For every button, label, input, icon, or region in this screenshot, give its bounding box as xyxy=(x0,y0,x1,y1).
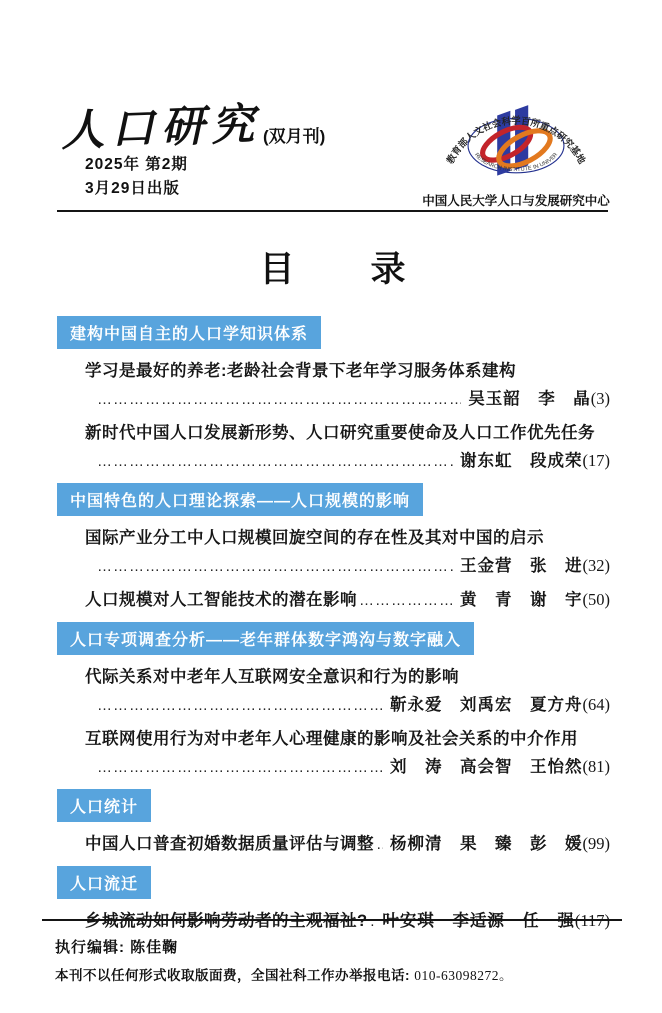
article-byline: 靳永爱 刘禹宏 夏方舟(64) xyxy=(390,693,610,717)
journal-title-block: 人口研究(双月刊) xyxy=(61,94,325,155)
article-byline: 王金营 张 进(32) xyxy=(460,554,610,578)
article-entry: 国际产业分工中人口规模回旋空间的存在性及其对中国的启示 ………………………………… xyxy=(85,526,610,579)
article-entry: 人口规模对人工智能技术的潜在影响 ……………………………………………………………… xyxy=(85,588,610,613)
issue-number: 2025年 第2期 xyxy=(85,153,188,177)
publish-date: 3月29日出版 xyxy=(85,177,188,201)
article-entry: 学习是最好的养老:老龄社会背景下老年学习服务体系建构 …………………………………… xyxy=(85,359,610,412)
article-byline-row: …………………………………………………………………………………………………………… xyxy=(95,693,610,718)
journal-toc-page: 人口研究(双月刊) 2025年 第2期 3月29日出版 xyxy=(0,0,662,1013)
header-divider xyxy=(57,210,608,212)
article-byline: 吴玉韶 李 晶(3) xyxy=(468,387,610,411)
article-title: 代际关系对中老年人互联网安全意识和行为的影响 xyxy=(85,665,610,689)
article-title: 学习是最好的养老:老龄社会背景下老年学习服务体系建构 xyxy=(85,359,610,383)
section-header-row: 人口专项调查分析——老年群体数字鸿沟与数字融入 xyxy=(57,622,610,655)
article-title: 中国人口普查初婚数据质量评估与调整 xyxy=(85,832,374,856)
page-footer: 执行编辑: 陈佳鞠 本刊不以任何形式收取版面费，全国社科工作办举报电话: 010… xyxy=(42,919,622,984)
report-phone-number: 010-63098272。 xyxy=(414,968,513,983)
article-entry: 新时代中国人口发展新形势、人口研究重要使命及人口工作优先任务 ………………………… xyxy=(85,421,610,474)
toc-section-3: 人口专项调查分析——老年群体数字鸿沟与数字融入 代际关系对中老年人互联网安全意识… xyxy=(57,622,610,780)
article-byline-row: …………………………………………………………………………………………………………… xyxy=(95,387,610,412)
article-title: 新时代中国人口发展新形势、人口研究重要使命及人口工作优先任务 xyxy=(85,421,610,445)
issue-info: 2025年 第2期 3月29日出版 xyxy=(85,153,188,201)
article-authors: 刘 涛 高会智 王怡然 xyxy=(390,758,583,776)
article-title: 国际产业分工中人口规模回旋空间的存在性及其对中国的启示 xyxy=(85,526,610,550)
masthead: 人口研究(双月刊) 2025年 第2期 3月29日出版 xyxy=(57,0,610,211)
toc-section-1: 建构中国自主的人口学知识体系 学习是最好的养老:老龄社会背景下老年学习服务体系建… xyxy=(57,316,610,474)
article-authors: 吴玉韶 李 晶 xyxy=(468,390,591,408)
article-page-number: (17) xyxy=(583,451,611,470)
article-authors: 王金营 张 进 xyxy=(460,557,583,575)
article-byline-row: …………………………………………………………………………………………………………… xyxy=(95,755,610,780)
institute-block: 教育部人文社会科学百所重点研究基地 KEY RESEARCH INSTITUTE… xyxy=(416,92,616,209)
article-authors: 黄 青 谢 宇 xyxy=(460,591,583,609)
journal-title-calligraphy: 人口研究 xyxy=(60,91,262,159)
article-page-number: (99) xyxy=(583,834,611,853)
dot-leader: …………………………………………………………………………………………………………… xyxy=(97,555,453,579)
section-header-row: 人口统计 xyxy=(57,789,610,822)
section-header-row: 中国特色的人口理论探索——人口规模的影响 xyxy=(57,483,610,516)
article-byline: 杨柳清 果 臻 彭 媛(99) xyxy=(390,832,610,856)
article-page-number: (81) xyxy=(583,757,611,776)
article-byline: 刘 涛 高会智 王怡然(81) xyxy=(390,755,610,779)
article-byline: 谢东虹 段成荣(17) xyxy=(460,449,610,473)
fee-notice-line: 本刊不以任何形式收取版面费，全国社科工作办举报电话: 010-63098272。 xyxy=(55,964,622,984)
dot-leader: …………………………………………………………………………………………………………… xyxy=(97,694,383,718)
article-page-number: (50) xyxy=(583,590,611,609)
article-title: 人口规模对人工智能技术的潜在影响 xyxy=(85,588,357,612)
article-entry: 互联网使用行为对中老年人心理健康的影响及社会关系的中介作用 …………………………… xyxy=(85,727,610,780)
article-authors: 靳永爱 刘禹宏 夏方舟 xyxy=(390,696,583,714)
dot-leader: …………………………………………………………………………………………………………… xyxy=(97,756,383,780)
article-page-number: (32) xyxy=(583,556,611,575)
toc-section-4: 人口统计 中国人口普查初婚数据质量评估与调整 ……………………………………………… xyxy=(57,789,610,857)
toc-title: 目 录 xyxy=(57,242,610,292)
section-label: 建构中国自主的人口学知识体系 xyxy=(57,316,321,349)
article-authors: 杨柳清 果 臻 彭 媛 xyxy=(390,835,583,853)
article-page-number: (64) xyxy=(583,695,611,714)
executive-editor-line: 执行编辑: 陈佳鞠 xyxy=(55,936,622,957)
article-entry: 代际关系对中老年人互联网安全意识和行为的影响 ……………………………………………… xyxy=(85,665,610,718)
research-center-logo-icon: 教育部人文社会科学百所重点研究基地 KEY RESEARCH INSTITUTE… xyxy=(426,92,606,186)
dot-leader: …………………………………………………………………………………………………………… xyxy=(97,388,461,412)
section-label: 人口流迁 xyxy=(57,866,151,899)
section-header-row: 建构中国自主的人口学知识体系 xyxy=(57,316,610,349)
article-byline-row: …………………………………………………………………………………………………………… xyxy=(95,554,610,579)
dot-leader: …………………………………………………………………………………………………………… xyxy=(376,833,383,857)
article-authors: 谢东虹 段成荣 xyxy=(460,452,583,470)
dot-leader: …………………………………………………………………………………………………………… xyxy=(97,450,453,474)
dot-leader: …………………………………………………………………………………………………………… xyxy=(359,589,453,613)
footer-divider xyxy=(42,919,622,921)
section-label: 人口统计 xyxy=(57,789,151,822)
section-label: 中国特色的人口理论探索——人口规模的影响 xyxy=(57,483,423,516)
journal-subtitle: (双月刊) xyxy=(263,127,325,146)
section-header-row: 人口流迁 xyxy=(57,866,610,899)
fee-notice-text: 本刊不以任何形式收取版面费，全国社科工作办举报电话: xyxy=(55,968,414,983)
article-byline: 黄 青 谢 宇(50) xyxy=(460,588,610,612)
table-of-contents: 目 录 建构中国自主的人口学知识体系 学习是最好的养老:老龄社会背景下老年学习服… xyxy=(57,242,610,934)
section-label: 人口专项调查分析——老年群体数字鸿沟与数字融入 xyxy=(57,622,474,655)
toc-section-2: 中国特色的人口理论探索——人口规模的影响 国际产业分工中人口规模回旋空间的存在性… xyxy=(57,483,610,613)
article-entry: 中国人口普查初婚数据质量评估与调整 …………………………………………………………… xyxy=(85,832,610,857)
article-byline-row: …………………………………………………………………………………………………………… xyxy=(95,449,610,474)
article-title: 互联网使用行为对中老年人心理健康的影响及社会关系的中介作用 xyxy=(85,727,610,751)
article-page-number: (3) xyxy=(591,389,610,408)
institute-name: 中国人民大学人口与发展研究中心 xyxy=(416,191,616,209)
